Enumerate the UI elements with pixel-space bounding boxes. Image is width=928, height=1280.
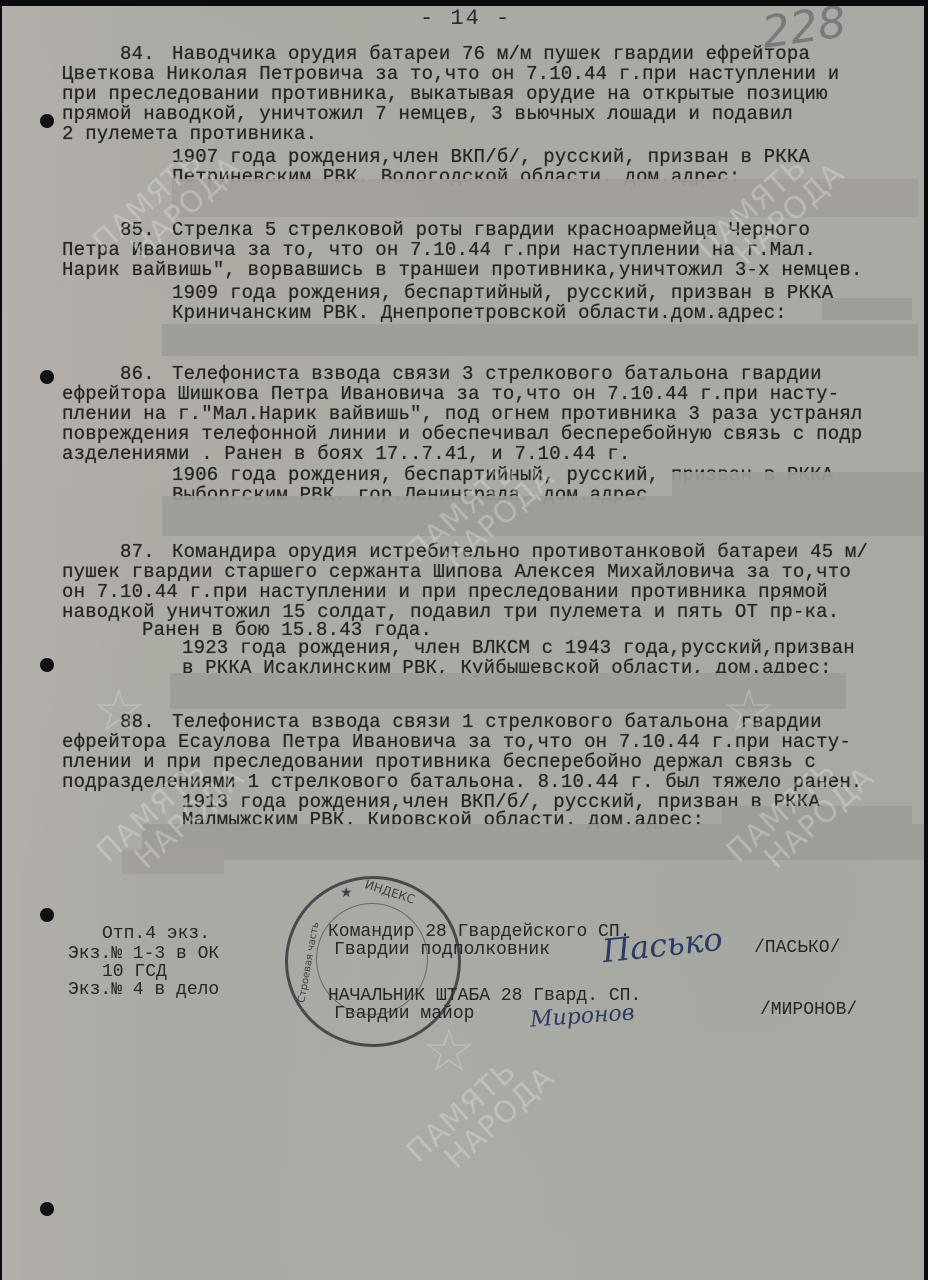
entry-bio: 1907 года рождения,член ВКП/б/, русский,… [172,147,810,167]
entry-text: Командира орудия истребительно противота… [172,542,868,562]
entry-bio: 1923 года рождения, член ВЛКСМ с 1943 го… [182,638,855,658]
redacted-address [822,298,912,320]
entry-text: плении на г."Мал.Нарик вайвишь", под огн… [62,404,863,424]
binder-hole [40,114,54,128]
binder-hole [40,658,54,672]
watermark-star-icon: ☆ [92,676,146,746]
entry-text: ефрейтора Шишкова Петра Ивановича за то,… [62,384,839,404]
entry-text: Телефониста взвода связи 3 стрелкового б… [172,364,822,384]
entry-text: при преследовании противника, выкатывая … [62,84,828,104]
commander-name: /ПАСЬКО/ [754,938,840,958]
redacted-address [672,472,924,496]
chief-of-staff-name: /МИРОНОВ/ [760,1000,857,1020]
entry-number: 86. [120,364,155,384]
page-number: - 14 - [420,6,511,31]
entry-text: Наводчика орудия батареи 76 м/м пушек гв… [172,44,810,64]
entry-bio: Криничанским РВК. Днепропетровской облас… [172,303,787,323]
commander-rank: Гвардии подполковник [334,940,550,960]
distribution-line: Отп.4 экз. [102,924,210,944]
document-page: - 14 - 228 84. Наводчика орудия батареи … [2,6,924,1280]
watermark-star-icon: ☆ [722,676,776,746]
paper-margin [2,6,142,1280]
stamp-star-icon: ★ [340,885,353,901]
binder-hole [40,370,54,384]
entry-number: 84. [120,44,155,64]
entry-text: 2 пулемета противника. [62,124,317,144]
distribution-line: 10 ГСД [102,962,167,982]
entry-text: Цветкова Николая Петровича за то,что он … [62,64,839,84]
entry-text: повреждения телефонной линии и обеспечив… [62,424,863,444]
redacted-address [162,324,918,356]
entry-text: азделениями . Ранен в боях 17..7.41, и 7… [62,444,631,464]
entry-text: прямой наводкой, уничтожил 7 немцев, 3 в… [62,104,793,124]
watermark-star-icon: ☆ [422,1016,476,1086]
entry-bio: 1909 года рождения, беспартийный, русски… [172,283,833,303]
distribution-line: Экз.№ 4 в дело [68,980,219,1000]
binder-hole [40,1202,54,1216]
entry-number: 87. [120,542,155,562]
distribution-line: Экз.№ 1-3 в ОК [68,944,219,964]
binder-hole [40,908,54,922]
commander-title: Командир 28 Гвардейского СП. [328,922,630,942]
